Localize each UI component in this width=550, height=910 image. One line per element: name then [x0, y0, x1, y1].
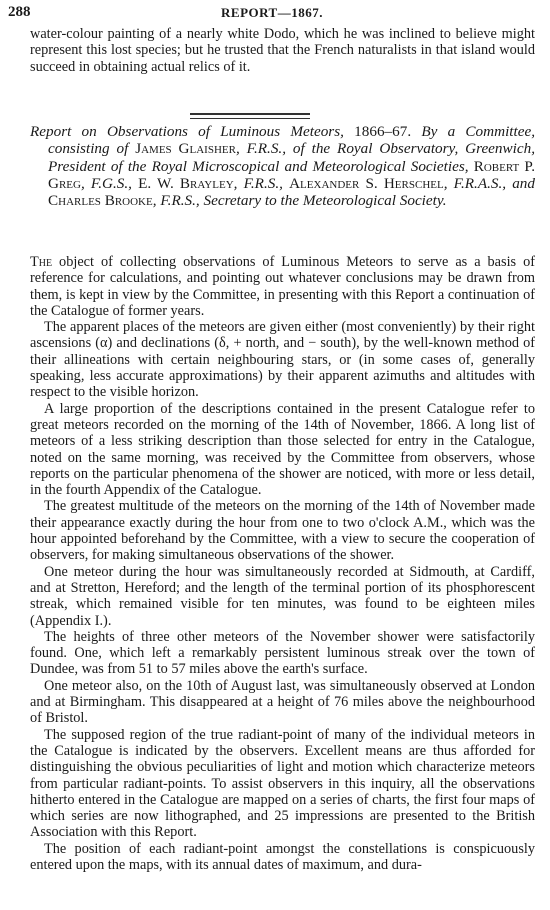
running-head: REPORT—1867.: [4, 5, 540, 21]
member-name: Charles Brooke: [48, 192, 153, 209]
paragraph: One meteor during the hour was simultane…: [30, 564, 535, 629]
paragraph: The position of each radiant-point among…: [30, 841, 535, 874]
section-divider: [190, 113, 310, 122]
paragraph: The apparent places of the meteors are g…: [30, 319, 535, 400]
paragraph: The greatest multitude of the meteors on…: [30, 498, 535, 563]
paragraph: The object of collecting observations of…: [30, 254, 535, 319]
report-title: Report on Observations of Luminous Meteo…: [30, 123, 535, 209]
member-name: Alexander S. Herschel: [289, 175, 444, 192]
member-name: James Glaisher: [135, 140, 236, 157]
report-body: The object of collecting observations of…: [30, 254, 535, 873]
intro-paragraph: water-colour painting of a nearly white …: [30, 26, 535, 75]
page-header: 288 REPORT—1867.: [4, 4, 540, 24]
document-page: 288 REPORT—1867. water-colour painting o…: [0, 0, 550, 910]
paragraph: The supposed region of the true radiant-…: [30, 727, 535, 841]
paragraph: A large proportion of the descriptions c…: [30, 401, 535, 499]
paragraph: One meteor also, on the 10th of August l…: [30, 678, 535, 727]
paragraph: The heights of three other meteors of th…: [30, 629, 535, 678]
member-name: E. W. Brayley: [138, 175, 234, 192]
